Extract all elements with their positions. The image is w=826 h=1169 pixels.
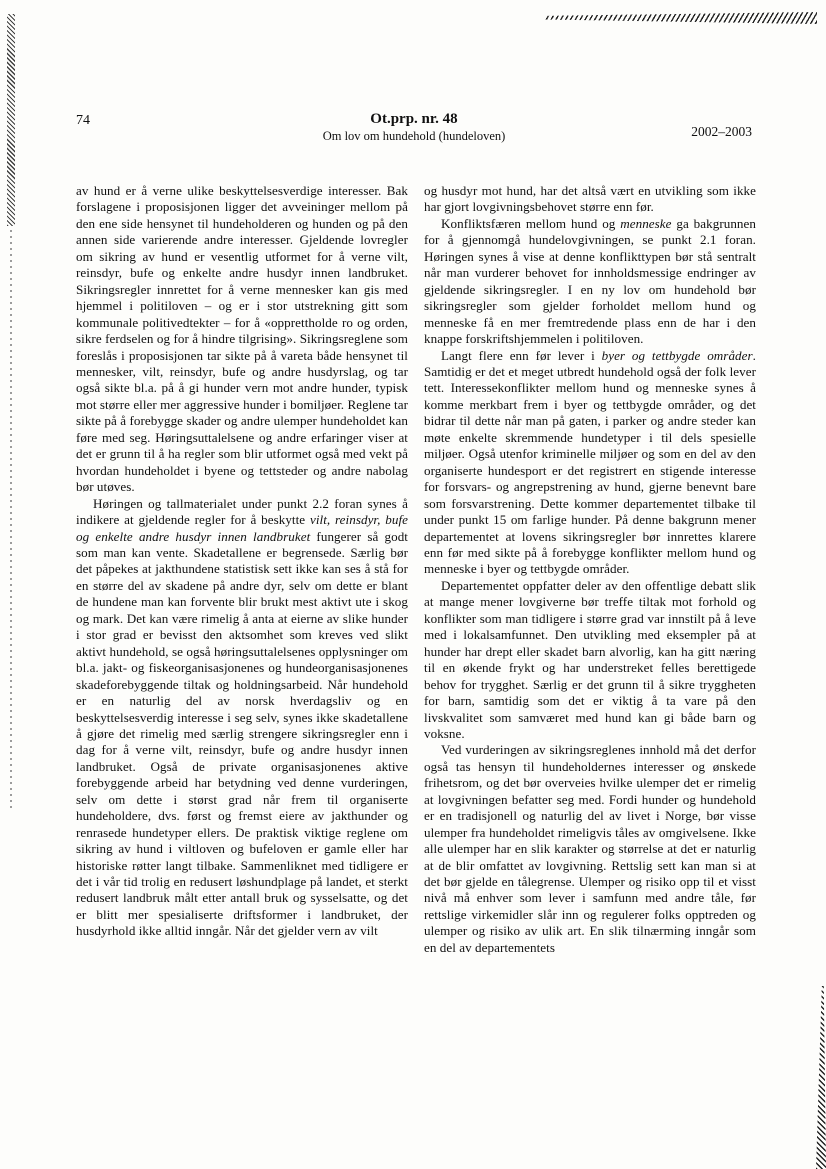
document-page: { "colors": { "paper": "#fdfdfb", "ink":…	[0, 0, 826, 1169]
scan-artifact-left-dots	[10, 230, 12, 810]
page-number: 74	[76, 113, 90, 129]
paragraph: Langt flere enn før lever i byer og tett…	[424, 348, 756, 578]
document-subtitle: Om lov om hundehold (hundeloven)	[198, 129, 630, 145]
text-run: Departementet oppfatter deler av den off…	[424, 578, 756, 741]
text-run-italic: byer og tettbygde områder	[602, 348, 753, 363]
text-run: . Samtidig er det et meget utbredt hunde…	[424, 348, 756, 577]
paragraph: av hund er å verne ulike beskyttelsesver…	[76, 183, 408, 496]
page-header: Ot.prp. nr. 48 Om lov om hundehold (hund…	[198, 110, 630, 144]
right-column: og husdyr mot hund, har det altså vært e…	[424, 183, 756, 956]
paragraph: Konfliktsfæren mellom hund og menneske g…	[424, 216, 756, 348]
text-run: Langt flere enn før lever i	[441, 348, 602, 363]
text-run: av hund er å verne ulike beskyttelsesver…	[76, 183, 408, 494]
paragraph: Ved vurderingen av sikringsreglenes innh…	[424, 742, 756, 956]
text-run: Ved vurderingen av sikringsreglenes innh…	[424, 742, 756, 954]
paragraph: og husdyr mot hund, har det altså vært e…	[424, 183, 756, 216]
text-run: fungerer så godt som man kan vente. Skad…	[76, 529, 408, 939]
paragraph: Departementet oppfatter deler av den off…	[424, 578, 756, 743]
session-years: 2002–2003	[640, 124, 752, 140]
paragraph: Høringen og tallmaterialet under punkt 2…	[76, 496, 408, 940]
text-run-italic: menneske	[620, 216, 671, 231]
scan-artifact-left-strip	[7, 14, 15, 226]
document-title: Ot.prp. nr. 48	[198, 110, 630, 129]
text-run: Konfliktsfæren mellom hund og	[441, 216, 620, 231]
left-column: av hund er å verne ulike beskyttelsesver…	[76, 183, 408, 956]
text-run: og husdyr mot hund, har det altså vært e…	[424, 183, 756, 214]
text-run: ga bakgrunnen for å gjennomgå hundelovgi…	[424, 216, 756, 346]
scan-artifact-bottom-right	[816, 986, 826, 1169]
text-columns: av hund er å verne ulike beskyttelsesver…	[76, 183, 756, 956]
scan-artifact-top-right	[545, 12, 817, 24]
